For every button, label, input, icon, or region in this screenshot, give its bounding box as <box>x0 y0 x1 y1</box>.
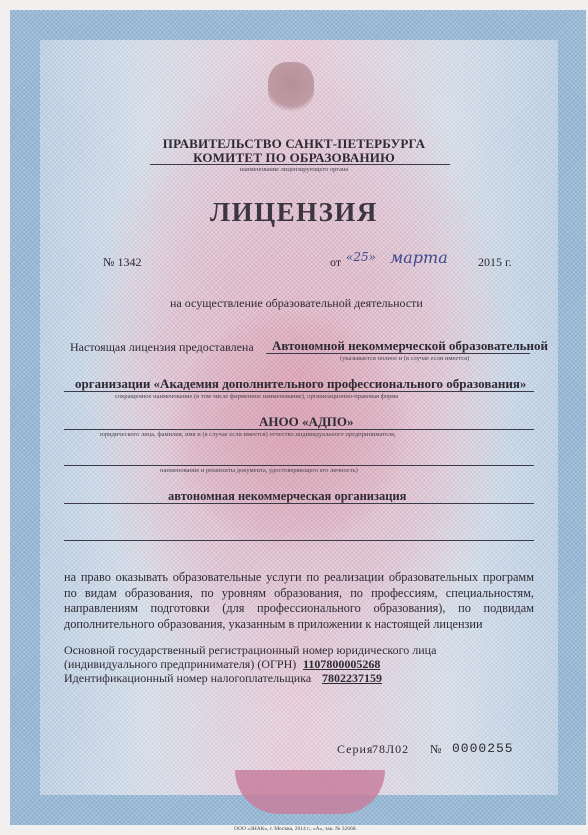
caption-full-name: (указывается полное и (в случае если име… <box>340 355 469 362</box>
blank-underline-2 <box>64 540 534 541</box>
org-name-underline-2 <box>64 391 534 392</box>
rights-paragraph: на право оказывать образовательные услуг… <box>64 570 534 632</box>
org-name-part-1: Автономной некоммерческой образовательно… <box>272 338 548 354</box>
date-month: марта <box>390 248 448 267</box>
caption-document: наименование и реквизиты документа, удос… <box>160 467 358 474</box>
coat-of-arms-icon <box>268 62 314 114</box>
license-purpose: на осуществление образовательной деятель… <box>170 296 423 311</box>
date-prefix: от <box>330 255 341 270</box>
document-title: ЛИЦЕНЗИЯ <box>0 197 588 228</box>
series-label: Серия <box>337 742 373 757</box>
inn-label: Идентификационный номер налогоплательщик… <box>64 671 311 686</box>
caption-short-name: сокращенное наименование (в том числе фи… <box>115 393 398 400</box>
issuer-underline <box>150 164 450 165</box>
printer-imprint: ООО «ЗНАК», г. Москва, 2014 г., «А», зак… <box>234 826 357 832</box>
serial-number-label: № <box>430 742 442 757</box>
date-day: «25» <box>346 250 376 264</box>
org-name-part-2: организации «Академия дополнительного пр… <box>75 376 526 392</box>
blank-underline-1 <box>64 465 534 466</box>
caption-entity: юридического лица, фамилия, имя и (в слу… <box>100 431 396 438</box>
bottom-ornament <box>235 770 385 814</box>
org-name-underline-1 <box>266 353 530 354</box>
serial-number-value: 0000255 <box>452 741 514 756</box>
org-short-name: АНОО «АДПО» <box>259 414 354 430</box>
license-number: № 1342 <box>103 255 141 270</box>
org-short-underline <box>64 429 534 430</box>
series-value: 78Л02 <box>372 742 409 757</box>
inn-value: 7802237159 <box>322 671 382 686</box>
ogrn-line-2: (индивидуального предпринимателя) (ОГРН) <box>64 657 296 672</box>
org-legal-form: автономная некоммерческая организация <box>168 489 406 504</box>
granted-label: Настоящая лицензия предоставлена <box>70 340 254 355</box>
issuer-caption: наименование лицензирующего органа <box>0 166 588 173</box>
ogrn-value: 1107800005268 <box>303 657 380 672</box>
ogrn-line-1: Основной государственный регистрационный… <box>64 643 436 658</box>
org-form-underline <box>64 503 534 504</box>
date-year: 2015 г. <box>478 255 512 270</box>
